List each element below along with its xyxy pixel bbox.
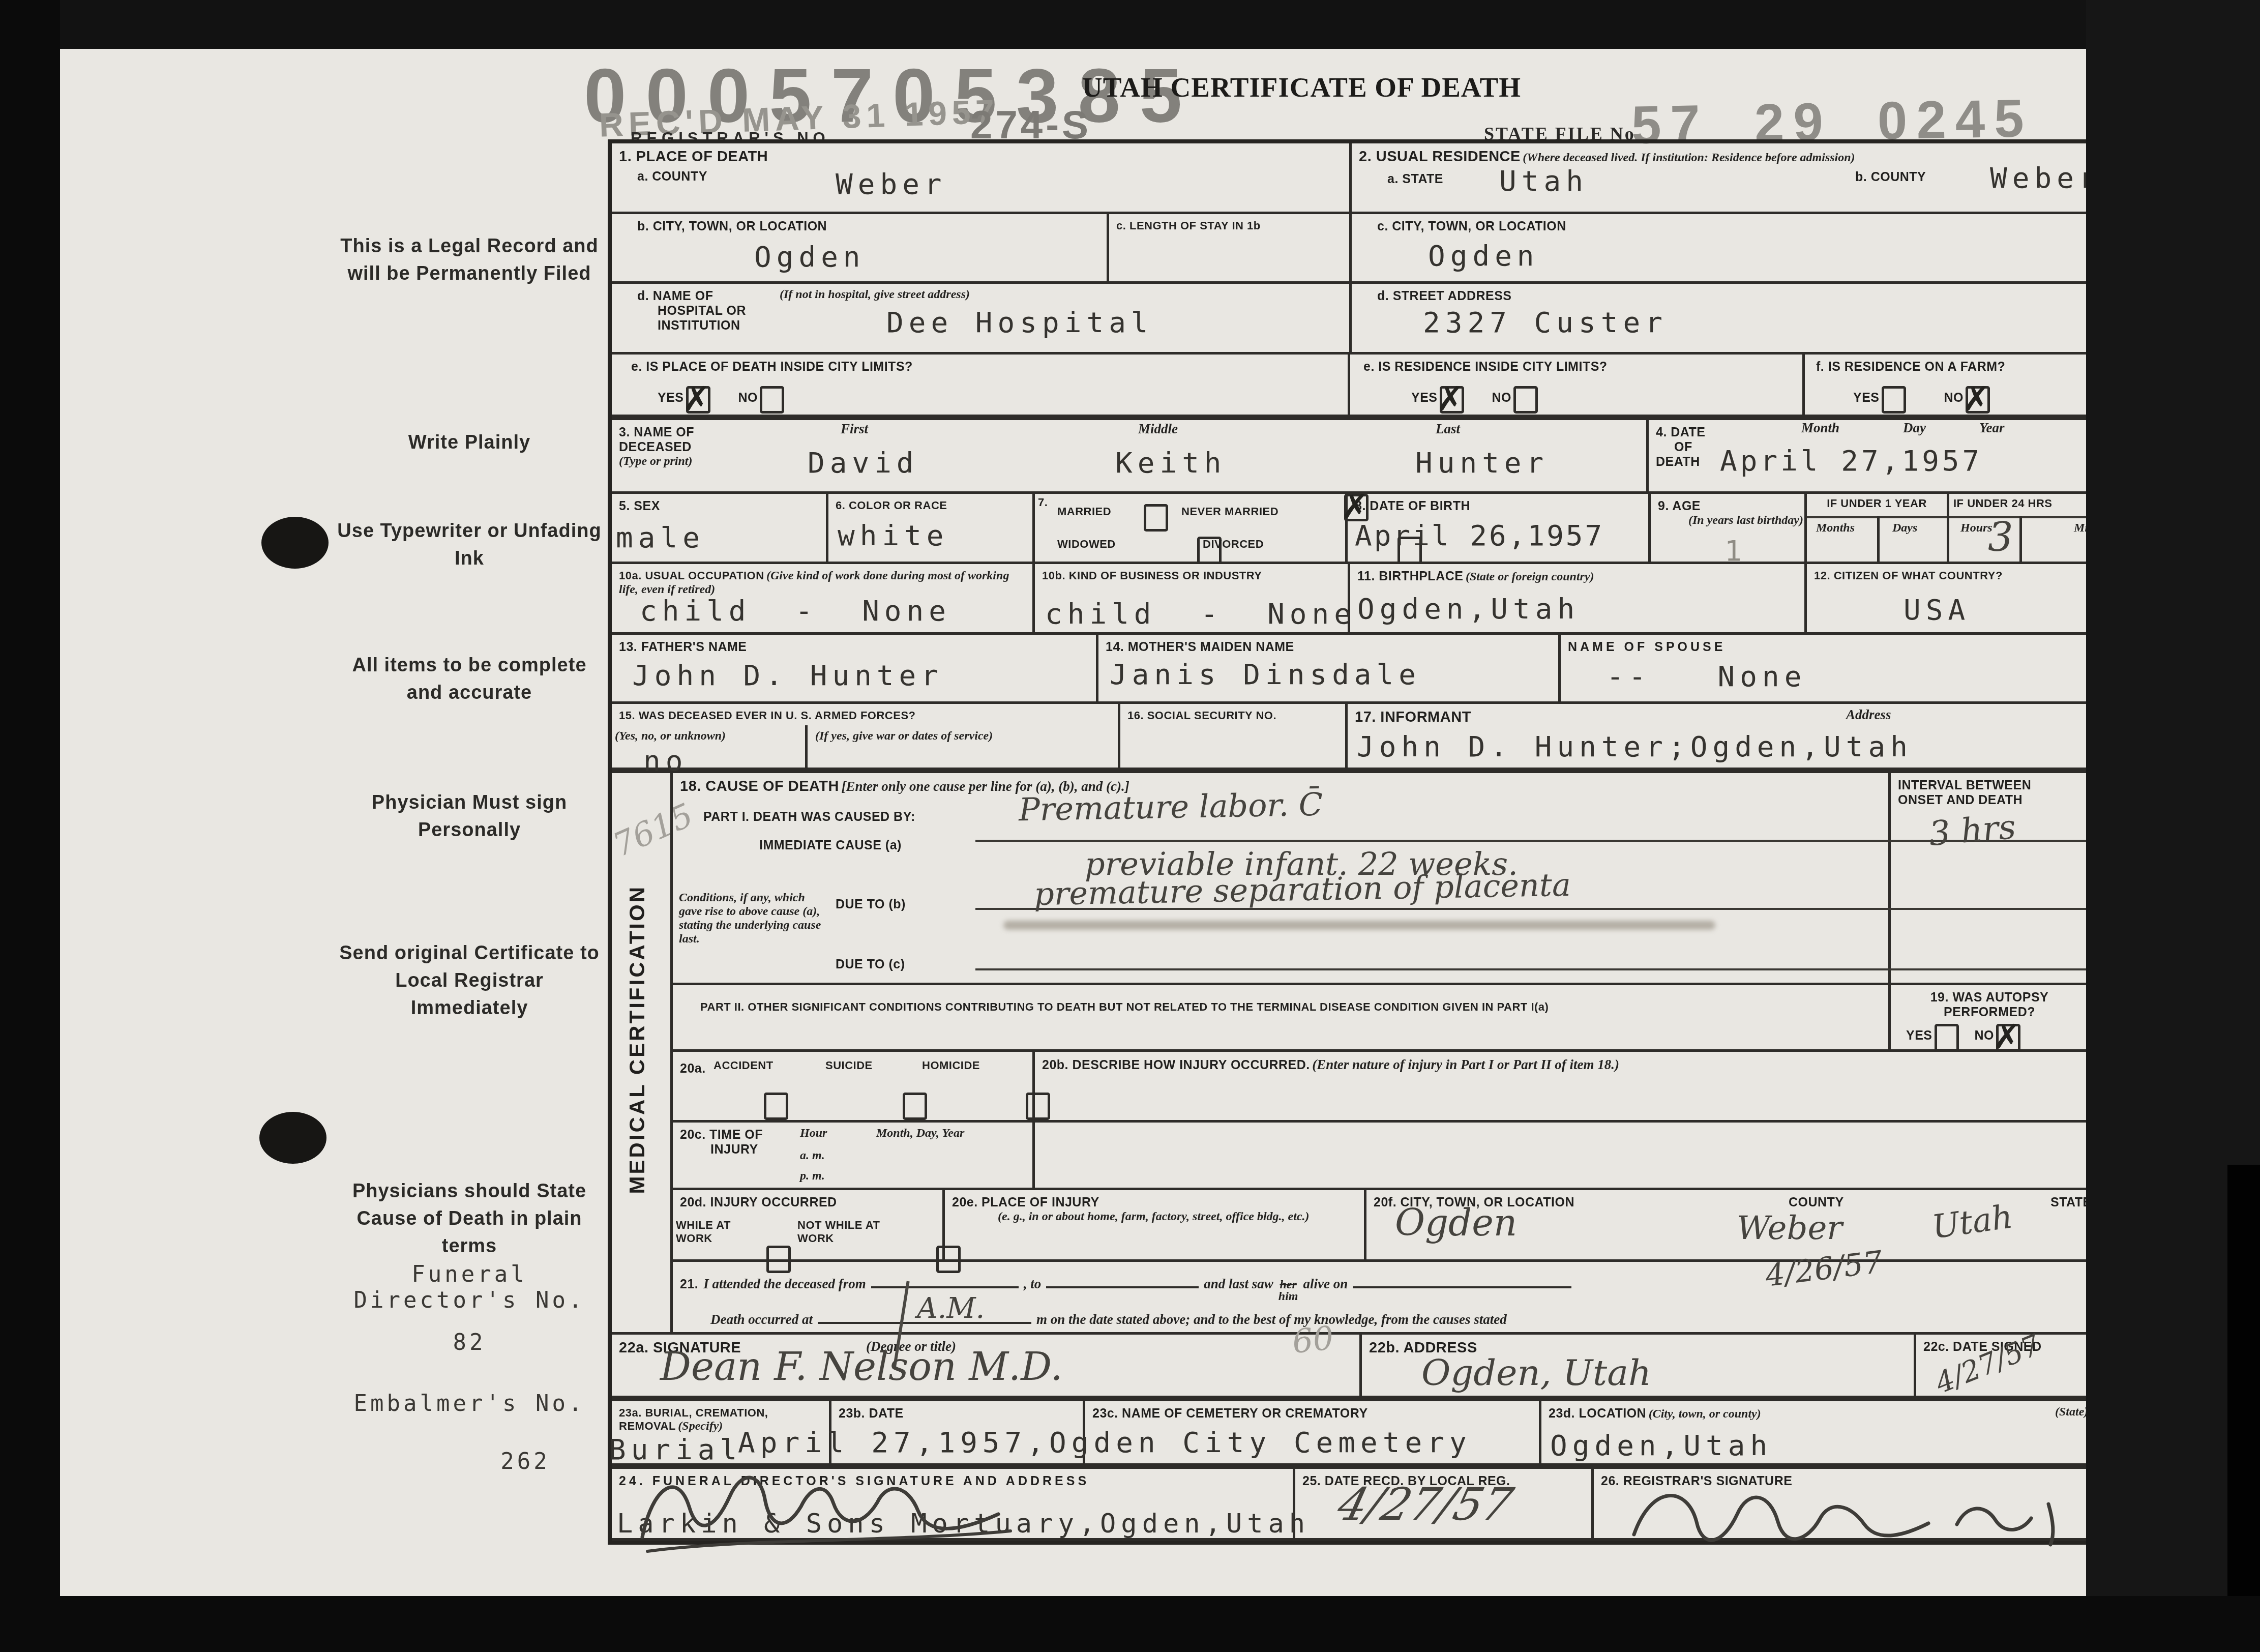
first-name-value: David bbox=[808, 447, 919, 480]
embalmer-no-label: Embalmer's No. bbox=[337, 1391, 602, 1417]
scan-border-corner bbox=[2227, 1165, 2260, 1652]
mother-value: Janis Dinsdale bbox=[1110, 658, 1421, 691]
death-city-limits-no-checkbox bbox=[760, 386, 784, 414]
margin-note-write-plainly: Write Plainly bbox=[337, 429, 602, 457]
yes-label: YES bbox=[1411, 391, 1438, 405]
age-value: 1 bbox=[1724, 535, 1747, 568]
name-heading-1: 3. NAME OF bbox=[619, 425, 1639, 440]
field-date-of-birth: 8. DATE OF BIRTH April 26,1957 bbox=[1348, 494, 1651, 564]
no-label: NO bbox=[738, 391, 758, 405]
due-to-b-label: DUE TO (b) bbox=[836, 897, 906, 912]
interval-label: INTERVAL BETWEEN ONSET AND DEATH bbox=[1898, 778, 2066, 808]
res-city-limits-label: e. IS RESIDENCE INSIDE CITY LIMITS? bbox=[1363, 360, 1795, 374]
usual-residence-heading: 2. USUAL RESIDENCE bbox=[1359, 149, 1521, 165]
certificate-paper: This is a Legal Record and will be Perma… bbox=[60, 49, 2087, 1597]
death-city-limits-yes-checkbox bbox=[686, 386, 710, 414]
f21-text-1: I attended the deceased from bbox=[703, 1276, 866, 1292]
field-residence-inside-city-limits: e. IS RESIDENCE INSIDE CITY LIMITS? YES … bbox=[1350, 355, 1805, 420]
birthplace-hint: (State or foreign country) bbox=[1466, 570, 1594, 583]
last-name-header: Last bbox=[1436, 421, 1460, 437]
registrar-signature-squiggle bbox=[1621, 1473, 2087, 1565]
armed-forces-hint-2: (If yes, give war or dates of service) bbox=[815, 729, 993, 743]
hospital-value: Dee Hospital bbox=[886, 306, 1153, 339]
place-injury-hint: (e. g., in or about home, farm, factory,… bbox=[998, 1210, 1313, 1224]
field-length-of-stay: c. LENGTH OF STAY IN 1b bbox=[1109, 214, 1352, 284]
hours-handwriting: 3 bbox=[1988, 515, 2013, 560]
farm-yes-checkbox bbox=[1882, 386, 1906, 414]
sex-value: male bbox=[616, 521, 705, 554]
father-value: John D. Hunter bbox=[632, 659, 943, 692]
widowed-label: WIDOWED bbox=[1057, 538, 1116, 551]
field-marital-status: 7. MARRIED NEVER MARRIED WIDOWED DIVORCE… bbox=[1035, 494, 1348, 564]
place-injury-label: 20e. PLACE OF INJURY bbox=[952, 1195, 1099, 1209]
margin-note-physician-sign: Physician Must sign Personally bbox=[337, 789, 602, 844]
citizen-value: USA bbox=[1904, 594, 1970, 627]
death-time-handwriting: A.M. bbox=[917, 1292, 985, 1325]
city-of-death-label: b. CITY, TOWN, OR LOCATION bbox=[637, 219, 1099, 234]
residence-city-label: c. CITY, TOWN, OR LOCATION bbox=[1377, 219, 2087, 234]
residence-state-label: a. STATE bbox=[1387, 172, 1443, 187]
homicide-label: HOMICIDE bbox=[922, 1059, 980, 1072]
age-label: 9. AGE bbox=[1658, 499, 1701, 513]
field-name-of-deceased: 3. NAME OF DECEASED (Type or print) Firs… bbox=[612, 420, 1649, 494]
mdy-header: Month, Day, Year bbox=[876, 1127, 964, 1140]
race-label: 6. COLOR OR RACE bbox=[836, 499, 1025, 512]
field-informant: 17. INFORMANT Address John D. Hunter;Ogd… bbox=[1348, 704, 2087, 773]
margin-note-typewriter: Use Typewriter or Unfading Ink bbox=[337, 518, 602, 573]
last-saw-date-blank bbox=[1353, 1268, 1571, 1288]
field-autopsy: 19. WAS AUTOPSY PERFORMED? YES NO bbox=[1891, 985, 2087, 1052]
burial-hint: (Specify) bbox=[678, 1420, 723, 1433]
injury-state-label: STATE bbox=[2050, 1195, 2087, 1210]
month-header: Month bbox=[1801, 420, 1839, 436]
margin-note-legal-record: This is a Legal Record and will be Perma… bbox=[337, 233, 602, 288]
race-value: white bbox=[838, 519, 949, 552]
spouse-value: -- None bbox=[1607, 660, 1806, 693]
f21-text-3: and last saw bbox=[1204, 1276, 1273, 1292]
middle-name-value: Keith bbox=[1115, 447, 1227, 480]
him-kept: him bbox=[1278, 1291, 1298, 1303]
burial-date-and-cemetery-value: April 27,1957,Ogden City Cemetery bbox=[738, 1426, 1472, 1459]
autopsy-no-checkbox bbox=[1996, 1024, 2020, 1051]
funeral-director-no-value: 82 bbox=[337, 1330, 602, 1355]
field-birthplace: 11. BIRTHPLACE (State or foreign country… bbox=[1350, 564, 1807, 635]
scan-border-left bbox=[0, 0, 60, 1652]
physician-address-handwriting: Ogden, Utah bbox=[1421, 1352, 1651, 1394]
describe-injury-hint: (Enter nature of injury in Part I or Par… bbox=[1312, 1057, 1619, 1072]
injury-occurred-label: 20d. INJURY OCCURRED bbox=[680, 1195, 935, 1210]
informant-address-header: Address bbox=[1846, 707, 1891, 723]
certificate-form: 1. PLACE OF DEATH a. COUNTY Weber 2. USU… bbox=[608, 139, 2087, 1545]
field-age: 9. AGE (In years last birthday) 1 bbox=[1651, 494, 1807, 564]
pencil-60: 60 bbox=[1290, 1319, 1335, 1361]
armed-forces-hint-1: (Yes, no, or unknown) bbox=[615, 729, 726, 743]
punch-hole-bottom bbox=[259, 1112, 326, 1164]
field-color-or-race: 6. COLOR OR RACE white bbox=[828, 494, 1035, 564]
field-date-of-death: 4. DATE OF DEATH Month Day Year April 27… bbox=[1649, 420, 2087, 494]
injury-county-label: COUNTY bbox=[1789, 1195, 1844, 1210]
due-to-c-label: DUE TO (c) bbox=[836, 957, 905, 972]
field-hospital-name: d. NAME OF HOSPITAL OR INSTITUTION (If n… bbox=[612, 284, 1352, 355]
medical-certification-label: MEDICAL CERTIFICATION bbox=[625, 885, 649, 1194]
field-armed-forces: 15. WAS DECEASED EVER IN U. S. ARMED FOR… bbox=[612, 704, 1120, 773]
funeral-director-signature-squiggle bbox=[632, 1456, 1019, 1562]
city-of-death-value: Ogden bbox=[754, 241, 866, 274]
margin-note-complete: All items to be complete and accurate bbox=[337, 652, 602, 707]
immediate-cause-label: IMMEDIATE CAUSE (a) bbox=[759, 838, 902, 853]
pm-header: p. m. bbox=[800, 1169, 825, 1183]
months-header: Months bbox=[1816, 521, 1855, 535]
field-mothers-maiden-name: 14. MOTHER'S MAIDEN NAME Janis Dinsdale bbox=[1098, 635, 1561, 704]
year-header: Year bbox=[1979, 420, 2005, 436]
dob-label: 8. DATE OF BIRTH bbox=[1355, 499, 1641, 514]
place-of-death-heading: 1. PLACE OF DEATH bbox=[619, 149, 1342, 165]
field-kind-of-business: 10b. KIND OF BUSINESS OR INDUSTRY child … bbox=[1035, 564, 1350, 635]
dod-heading-1: 4. DATE bbox=[1656, 425, 2087, 440]
field-if-under-1-year: IF UNDER 1 YEAR Months Days bbox=[1807, 494, 1949, 564]
field-injury-occurred: 20d. INJURY OCCURRED WHILE AT WORK NOT W… bbox=[673, 1190, 945, 1262]
informant-label: 17. INFORMANT bbox=[1355, 709, 1471, 725]
residence-county-label: b. COUNTY bbox=[1855, 170, 1926, 185]
date-of-death-value: April 27,1957 bbox=[1720, 445, 1982, 478]
last-name-value: Hunter bbox=[1415, 447, 1549, 480]
not-while-at-work-label: NOT WHILE AT WORK bbox=[797, 1219, 884, 1245]
field-street-address: d. STREET ADDRESS 2327 Custer bbox=[1352, 284, 2087, 355]
county-of-death-value: Weber bbox=[836, 168, 947, 201]
accident-checkbox bbox=[764, 1093, 788, 1120]
spouse-label: NAME OF SPOUSE bbox=[1568, 640, 2087, 655]
her-struck: her bbox=[1278, 1279, 1298, 1291]
married-checkbox bbox=[1144, 504, 1168, 532]
citizen-label: 12. CITIZEN OF WHAT COUNTRY? bbox=[1814, 569, 2087, 582]
field-place-of-injury: 20e. PLACE OF INJURY (e. g., in or about… bbox=[945, 1190, 1366, 1262]
am-header: a. m. bbox=[800, 1149, 825, 1163]
field-residence-on-farm: f. IS RESIDENCE ON A FARM? YES NO bbox=[1805, 355, 2087, 420]
usual-residence-hint: (Where deceased lived. If institution: R… bbox=[1523, 151, 1855, 164]
occupation-label: 10a. USUAL OCCUPATION bbox=[619, 569, 764, 582]
autopsy-label: 19. WAS AUTOPSY PERFORMED? bbox=[1913, 990, 2066, 1020]
f21-number: 21. bbox=[680, 1277, 698, 1292]
field-sex: 5. SEX male bbox=[612, 494, 828, 564]
business-value: child - None bbox=[1045, 598, 1356, 631]
birthplace-label: 11. BIRTHPLACE bbox=[1357, 569, 1463, 583]
location-label: 23d. LOCATION bbox=[1549, 1406, 1646, 1421]
yes-label: YES bbox=[658, 391, 684, 405]
field-interval-onset-death: INTERVAL BETWEEN ONSET AND DEATH bbox=[1891, 773, 2087, 985]
field-describe-injury: 20b. DESCRIBE HOW INJURY OCCURRED. (Ente… bbox=[1035, 1052, 2087, 1123]
day-header: Day bbox=[1903, 420, 1926, 436]
residence-city-value: Ogden bbox=[1428, 240, 1539, 273]
accident-label: ACCIDENT bbox=[713, 1059, 774, 1072]
farm-label: f. IS RESIDENCE ON A FARM? bbox=[1816, 360, 2087, 374]
residence-state-value: Utah bbox=[1499, 165, 1588, 198]
cemetery-location-value: Ogden,Utah bbox=[1550, 1429, 1772, 1462]
describe-injury-label: 20b. DESCRIBE HOW INJURY OCCURRED. bbox=[1042, 1058, 1310, 1072]
occupation-value: child - None bbox=[640, 595, 951, 628]
her-him-choice: her him bbox=[1278, 1279, 1298, 1303]
yes-label: YES bbox=[1853, 391, 1880, 405]
no-label: NO bbox=[1944, 391, 1964, 405]
yes-label: YES bbox=[1906, 1028, 1932, 1043]
under-24-hrs-header: IF UNDER 24 HRS bbox=[1953, 497, 2087, 510]
f21-text-6: m on the date stated above; and to the b… bbox=[1036, 1312, 1507, 1327]
no-label: NO bbox=[1974, 1028, 1994, 1043]
date-received-handwriting: 4/27/57 bbox=[1332, 1478, 1518, 1530]
field-usual-occupation: 10a. USUAL OCCUPATION (Give kind of work… bbox=[612, 564, 1035, 635]
informant-value: John D. Hunter;Ogden,Utah bbox=[1357, 730, 1913, 763]
attended-from-blank bbox=[871, 1268, 1019, 1288]
res-city-limits-no-checkbox bbox=[1513, 386, 1538, 414]
cemetery-label: 23c. NAME OF CEMETERY OR CREMATORY bbox=[1092, 1406, 1368, 1421]
never-married-label: NEVER MARRIED bbox=[1181, 505, 1278, 518]
part2-label: PART II. OTHER SIGNIFICANT CONDITIONS CO… bbox=[700, 1000, 1881, 1014]
scan-border-bottom bbox=[0, 1596, 2260, 1652]
injury-city-handwriting: Ogden bbox=[1395, 1201, 1517, 1244]
injury-county-handwriting: Weber bbox=[1737, 1209, 1842, 1247]
min-header: Min. bbox=[2074, 521, 2087, 535]
county-of-death-label: a. COUNTY bbox=[637, 169, 1342, 184]
time-injury-label-2: INJURY bbox=[710, 1142, 1025, 1157]
field-usual-residence: 2. USUAL RESIDENCE (Where deceased lived… bbox=[1352, 143, 2087, 214]
f21-text-4: alive on bbox=[1303, 1276, 1348, 1292]
length-of-stay-label: c. LENGTH OF STAY IN 1b bbox=[1116, 219, 1342, 232]
margin-note-plain-terms: Physicians should State Cause of Death i… bbox=[337, 1178, 602, 1260]
divorced-label: DIVORCED bbox=[1203, 538, 1264, 551]
hospital-hint: (If not in hospital, give street address… bbox=[780, 288, 970, 302]
res-city-limits-yes-checkbox bbox=[1440, 386, 1464, 414]
field-name-of-spouse: NAME OF SPOUSE -- None bbox=[1561, 635, 2087, 704]
punch-hole-top bbox=[261, 517, 329, 569]
scan-border-top bbox=[0, 0, 2260, 49]
while-at-work-label: WHILE AT WORK bbox=[676, 1219, 752, 1245]
location-state-hint: (State) bbox=[2055, 1405, 2087, 1419]
married-label: MARRIED bbox=[1057, 505, 1111, 518]
field-time-of-injury: 20c. TIME OF INJURY Hour a. m. p. m. Mon… bbox=[673, 1123, 1035, 1190]
time-injury-label-1: 20c. TIME OF bbox=[680, 1128, 1025, 1142]
armed-forces-label: 15. WAS DECEASED EVER IN U. S. ARMED FOR… bbox=[619, 709, 1111, 722]
cause-heading: 18. CAUSE OF DEATH bbox=[680, 778, 839, 794]
field-accident-suicide-homicide: 20a. ACCIDENT SUICIDE HOMICIDE bbox=[673, 1052, 1035, 1123]
physician-signature-handwriting: Dean F. Nelson M.D. bbox=[660, 1344, 1063, 1389]
funeral-director-no-label: Funeral Director's No. bbox=[337, 1261, 602, 1313]
field-fathers-name: 13. FATHER'S NAME John D. Hunter bbox=[612, 635, 1098, 704]
medical-certification-strip: MEDICAL CERTIFICATION bbox=[612, 773, 673, 1335]
suicide-label: SUICIDE bbox=[825, 1059, 873, 1072]
field-part2-conditions: PART II. OTHER SIGNIFICANT CONDITIONS CO… bbox=[673, 985, 1891, 1052]
hour-header: Hour bbox=[800, 1127, 827, 1140]
field-death-inside-city-limits: e. IS PLACE OF DEATH INSIDE CITY LIMITS?… bbox=[612, 355, 1350, 420]
days-header: Days bbox=[1892, 521, 1917, 535]
cause-a-line1-handwriting: Premature labor. C̄ bbox=[1018, 786, 1323, 828]
field-place-of-death: 1. PLACE OF DEATH a. COUNTY Weber bbox=[612, 143, 1352, 214]
no-label: NO bbox=[1492, 391, 1511, 405]
farm-no-checkbox bbox=[1966, 386, 1990, 414]
scanned-death-certificate: This is a Legal Record and will be Perma… bbox=[0, 0, 2260, 1652]
street-address-label: d. STREET ADDRESS bbox=[1377, 289, 2087, 304]
residence-county-value: Weber bbox=[1990, 162, 2087, 195]
marital-number: 7. bbox=[1038, 496, 1048, 509]
field-city-of-death: b. CITY, TOWN, OR LOCATION Ogden bbox=[612, 214, 1109, 284]
birthplace-value: Ogden,Utah bbox=[1357, 593, 1580, 626]
interval-handwriting: 3 hrs bbox=[1927, 807, 2017, 854]
age-hint: (In years last birthday) bbox=[1688, 514, 1805, 527]
burial-date-label: 23b. DATE bbox=[839, 1406, 904, 1421]
under-1-year-header: IF UNDER 1 YEAR bbox=[1811, 497, 1943, 510]
suicide-checkbox bbox=[903, 1093, 927, 1120]
field-if-under-24-hrs: IF UNDER 24 HRS Hours Min. bbox=[1949, 494, 2087, 564]
field-social-security-no: 16. SOCIAL SECURITY NO. bbox=[1120, 704, 1348, 773]
location-hint: (City, town, or county) bbox=[1649, 1407, 1761, 1421]
f20a-number: 20a. bbox=[680, 1061, 706, 1076]
f21-text-5: Death occurred at bbox=[710, 1312, 813, 1327]
business-label: 10b. KIND OF BUSINESS OR INDUSTRY bbox=[1042, 569, 1341, 582]
death-city-limits-label: e. IS PLACE OF DEATH INSIDE CITY LIMITS? bbox=[631, 360, 1341, 374]
pencil-smudge bbox=[1003, 921, 1715, 930]
margin-note-send-original: Send original Certificate to Local Regis… bbox=[337, 940, 602, 1022]
certificate-title: UTAH CERTIFICATE OF DEATH bbox=[1082, 71, 1521, 103]
street-address-value: 2327 Custer bbox=[1423, 306, 1668, 339]
field-time-of-injury-blank bbox=[1035, 1123, 2087, 1190]
father-label: 13. FATHER'S NAME bbox=[619, 640, 1089, 655]
middle-name-header: Middle bbox=[1138, 421, 1178, 437]
mother-label: 14. MOTHER'S MAIDEN NAME bbox=[1106, 640, 1551, 655]
hospital-label-1: d. NAME OF bbox=[637, 289, 1342, 304]
autopsy-yes-checkbox bbox=[1935, 1024, 1959, 1051]
sex-label: 5. SEX bbox=[619, 499, 819, 514]
field-citizen: 12. CITIZEN OF WHAT COUNTRY? USA bbox=[1807, 564, 2087, 635]
dob-value: April 26,1957 bbox=[1355, 519, 1604, 552]
f21-text-2: , to bbox=[1024, 1276, 1042, 1292]
field-residence-city: c. CITY, TOWN, OR LOCATION Ogden bbox=[1352, 214, 2087, 284]
conditions-hint: Conditions, if any, which gave rise to a… bbox=[679, 891, 829, 946]
ssn-label: 16. SOCIAL SECURITY NO. bbox=[1127, 709, 1338, 722]
first-name-header: First bbox=[841, 421, 868, 437]
attended-to-blank bbox=[1046, 1268, 1199, 1288]
part1-label: PART I. DEATH WAS CAUSED BY: bbox=[703, 810, 915, 824]
